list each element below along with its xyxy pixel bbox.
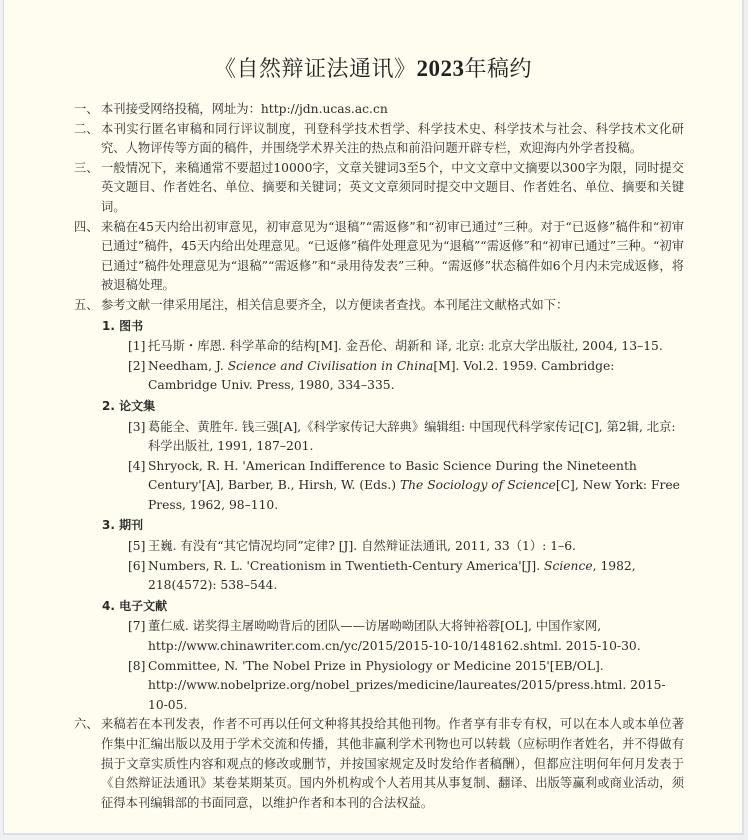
reference-title-italic: Science (544, 559, 593, 573)
ref-category-electronic: 4. 电子文献 (74, 597, 684, 617)
reference-item: [1] 托马斯・库恩. 科学革命的结构[M]. 金吾伦、胡新和 译, 北京: 北… (74, 337, 684, 357)
reference-text: 董仁威. 诺奖得主屠呦呦背后的团队——访屠呦呦团队大将钟裕蓉[OL], 中国作家… (148, 619, 641, 653)
reference-item: [8] Committee, N. 'The Nobel Prize in Ph… (74, 657, 684, 716)
reference-number: [7] (128, 617, 145, 637)
clause-marker: 三、 (74, 159, 99, 179)
title-year: 2023 (417, 56, 465, 81)
reference-text: 葛能全、黄胜年. 钱三强[A],《科学家传记大辞典》编辑组: 中国现代科学家传记… (148, 420, 676, 454)
reference-text: 托马斯・库恩. 科学革命的结构[M]. 金吾伦、胡新和 译, 北京: 北京大学出… (148, 339, 663, 353)
reference-item: [3] 葛能全、黄胜年. 钱三强[A],《科学家传记大辞典》编辑组: 中国现代科… (74, 418, 684, 457)
reference-title-italic: The Sociology of Science (400, 478, 556, 492)
reference-number: [1] (128, 337, 145, 357)
clause-5: 五、 参考文献一律采用尾注，相关信息要齐全，以方便读者查找。本刊尾注文献格式如下… (74, 296, 684, 316)
reference-text: Committee, N. 'The Nobel Prize in Physio… (148, 659, 666, 712)
reference-item: [7] 董仁威. 诺奖得主屠呦呦背后的团队——访屠呦呦团队大将钟裕蓉[OL], … (74, 617, 684, 656)
clause-text: 一般情况下，来稿通常不要超过10000字，文章关键词3至5个，中文文章中文摘要以… (101, 161, 684, 214)
clause-marker: 四、 (74, 218, 99, 238)
reference-number: [6] (128, 557, 145, 577)
reference-text: 王巍. 有没有“其它情况均同”定律? [J]. 自然辩证法通讯, 2011, 3… (148, 539, 576, 553)
clause-text: 参考文献一律采用尾注，相关信息要齐全，以方便读者查找。本刊尾注文献格式如下： (101, 298, 568, 312)
title-suffix: 年稿约 (465, 57, 533, 82)
reference-number: [3] (128, 418, 145, 438)
reference-title-italic: Science and Civilisation in China (228, 359, 434, 373)
ref-category-books: 1. 图书 (74, 317, 684, 337)
document-body: 一、 本刊接受网络投稿，网址为：http://jdn.ucas.ac.cn 二、… (74, 100, 684, 813)
clause-text: 来稿若在本刊发表，作者不可再以任何文种将其投给其他刊物。作者享有非专有权，可以在… (101, 717, 684, 809)
clause-marker: 六、 (74, 715, 99, 735)
title-journal-name: 《自然辩证法通讯》 (214, 57, 417, 82)
clause-marker: 五、 (74, 296, 99, 316)
page-title: 《自然辩证法通讯》2023年稿约 (4, 52, 742, 83)
clause-1: 一、 本刊接受网络投稿，网址为：http://jdn.ucas.ac.cn (74, 100, 684, 120)
clause-4: 四、 来稿在45天内给出初审意见，初审意见为“退稿”“需返修”和“初审已通过”三… (74, 218, 684, 296)
ref-category-proceedings: 2. 论文集 (74, 397, 684, 417)
clause-text: 本刊实行匿名审稿和同行评议制度，刊登科学技术哲学、科学技术史、科学技术与社会、科… (101, 122, 684, 156)
reference-number: [8] (128, 657, 145, 677)
clause-6: 六、 来稿若在本刊发表，作者不可再以任何文种将其投给其他刊物。作者享有非专有权，… (74, 715, 684, 813)
reference-item: [4] Shryock, R. H. 'American Indifferenc… (74, 457, 684, 516)
reference-item: [2] Needham, J. Science and Civilisation… (74, 357, 684, 396)
ref-category-journals: 3. 期刊 (74, 516, 684, 536)
reference-item: [5] 王巍. 有没有“其它情况均同”定律? [J]. 自然辩证法通讯, 201… (74, 537, 684, 557)
reference-text: Needham, J. (148, 359, 228, 373)
clause-text: 本刊接受网络投稿，网址为：http://jdn.ucas.ac.cn (101, 102, 388, 116)
clause-text: 来稿在45天内给出初审意见，初审意见为“退稿”“需返修”和“初审已通过”三种。对… (101, 220, 684, 293)
clause-marker: 二、 (74, 120, 99, 140)
reference-item: [6] Numbers, R. L. 'Creationism in Twent… (74, 557, 684, 596)
reference-number: [2] (128, 357, 145, 377)
clause-marker: 一、 (74, 100, 99, 120)
clause-2: 二、 本刊实行匿名审稿和同行评议制度，刊登科学技术哲学、科学技术史、科学技术与社… (74, 120, 684, 159)
clause-3: 三、 一般情况下，来稿通常不要超过10000字，文章关键词3至5个，中文文章中文… (74, 159, 684, 218)
document-page: 《自然辩证法通讯》2023年稿约 一、 本刊接受网络投稿，网址为：http://… (3, 0, 744, 835)
reference-number: [4] (128, 457, 145, 477)
reference-text: Numbers, R. L. 'Creationism in Twentieth… (148, 559, 544, 573)
reference-number: [5] (128, 537, 145, 557)
